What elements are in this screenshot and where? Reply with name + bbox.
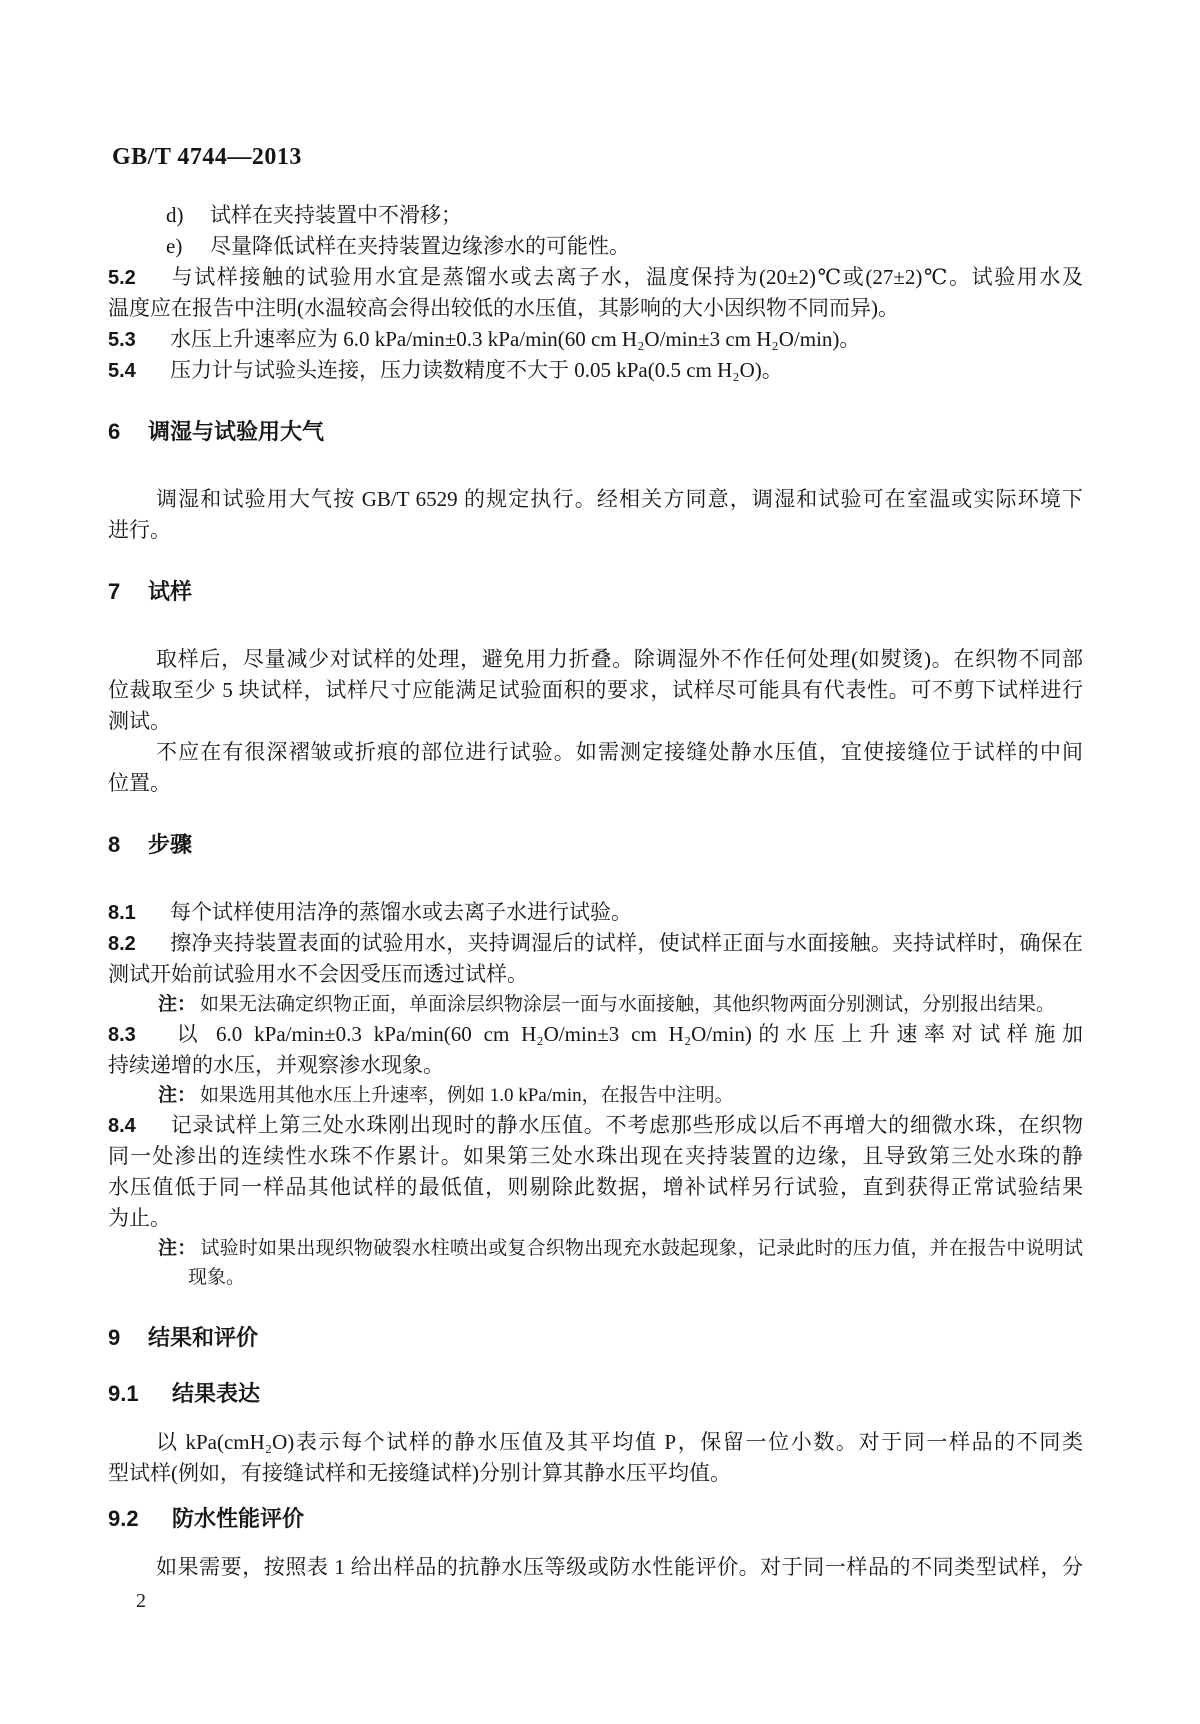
clause-8.1: 8.1每个试样使用洁净的蒸馏水或去离子水进行试验。 (108, 897, 1083, 928)
text-line: 位置。 (108, 768, 1083, 799)
text-line: 5.3水压上升速率应为 6.0 kPa/min±0.3 kPa/min(60 c… (108, 324, 1083, 355)
text-line: 测试。 (108, 706, 1083, 737)
heading-title: 试样 (148, 579, 192, 604)
text-line: 温度应在报告中注明(水温较高会得出较低的水压值，其影响的大小因织物不同而异)。 (108, 293, 1083, 324)
heading-number: 8 (108, 829, 148, 861)
text-line: 5.4压力计与试验头连接，压力读数精度不大于 0.05 kPa(0.5 cm H… (108, 355, 1083, 386)
note-label: 注： (158, 1238, 196, 1259)
text-line: 持续递增的水压，并观察渗水现象。 (108, 1050, 1083, 1081)
note: 注：试验时如果出现织物破裂水柱喷出或复合织物出现充水鼓起现象，记录此时的压力值，… (108, 1234, 1083, 1292)
clause-number: 5.3 (108, 325, 170, 355)
line-text: 记录试样上第三处水珠刚出现时的静水压值。不考虑那些形成以后不再增大的细微水珠，在… (170, 1113, 1083, 1137)
heading-title: 结果表达 (172, 1381, 260, 1406)
list-item-label: e) (166, 231, 210, 262)
text-line: 注：如果选用其他水压上升速率，例如 1.0 kPa/min，在报告中注明。 (158, 1081, 1083, 1110)
text-line: 调湿和试验用大气按 GB/T 6529 的规定执行。经相关方同意，调湿和试验可在… (108, 484, 1083, 515)
heading-title: 调湿与试验用大气 (148, 419, 324, 444)
clause-8.3: 8.3以 6.0 kPa/min±0.3 kPa/min(60 cm H₂O/m… (108, 1019, 1083, 1081)
line-text: 同一处渗出的连续性水珠不作累计。如果第三处水珠出现在夹持装置的边缘，且导致第三处… (108, 1144, 1083, 1168)
line-text: 试验时如果出现织物破裂水柱喷出或复合织物出现充水鼓起现象，记录此时的压力值，并在… (158, 1238, 1083, 1263)
clause-number: 5.2 (108, 263, 170, 293)
list-item: e)尽量降低试样在夹持装置边缘渗水的可能性。 (108, 231, 1083, 262)
heading-number: 9.2 (108, 1503, 172, 1535)
heading-title: 步骤 (148, 832, 192, 857)
text-line: 进行。 (108, 515, 1083, 546)
text-line: 注：如果无法确定织物正面，单面涂层织物涂层一面与水面接触，其他织物两面分别测试，… (158, 990, 1083, 1019)
line-text: 取样后，尽量减少对试样的处理，避免用力折叠。除调湿外不作任何处理(如熨烫)。在织… (156, 647, 1083, 671)
line-text: 温度应在报告中注明(水温较高会得出较低的水压值，其影响的大小因织物不同而异)。 (108, 296, 899, 320)
subsection-heading-9.1: 9.1结果表达 (108, 1378, 1083, 1410)
text-line: 8.3以 6.0 kPa/min±0.3 kPa/min(60 cm H₂O/m… (108, 1019, 1083, 1050)
heading-title: 结果和评价 (148, 1325, 258, 1350)
note: 注：如果选用其他水压上升速率，例如 1.0 kPa/min，在报告中注明。 (108, 1081, 1083, 1110)
text-line: 如果需要，按照表 1 给出样品的抗静水压等级或防水性能评价。对于同一样品的不同类… (108, 1552, 1083, 1583)
clause-number: 8.2 (108, 929, 170, 959)
heading-number: 9 (108, 1322, 148, 1354)
paragraph: 如果需要，按照表 1 给出样品的抗静水压等级或防水性能评价。对于同一样品的不同类… (108, 1552, 1083, 1583)
paragraph: 调湿和试验用大气按 GB/T 6529 的规定执行。经相关方同意，调湿和试验可在… (108, 484, 1083, 546)
line-text: 水压上升速率应为 6.0 kPa/min±0.3 kPa/min(60 cm H… (170, 327, 860, 351)
text-line: d)试样在夹持装置中不滑移； (166, 200, 1083, 231)
heading-number: 7 (108, 576, 148, 608)
line-text: 如果需要，按照表 1 给出样品的抗静水压等级或防水性能评价。对于同一样品的不同类… (156, 1555, 1083, 1579)
note-label: 注： (158, 1085, 196, 1106)
standard-code: GB/T 4744—2013 (112, 143, 1083, 171)
clause-8.4: 8.4记录试样上第三处水珠刚出现时的静水压值。不考虑那些形成以后不再增大的细微水… (108, 1110, 1083, 1234)
line-text: 尽量降低试样在夹持装置边缘渗水的可能性。 (210, 234, 630, 258)
clause-number: 5.4 (108, 356, 170, 386)
subsection-heading-9.2: 9.2防水性能评价 (108, 1503, 1083, 1535)
text-line: 位裁取至少 5 块试样，试样尺寸应能满足试验面积的要求，试样尽可能具有代表性。可… (108, 675, 1083, 706)
line-text: 位置。 (108, 771, 171, 795)
clause-number: 8.3 (108, 1020, 170, 1050)
line-text: 位裁取至少 5 块试样，试样尺寸应能满足试验面积的要求，试样尽可能具有代表性。可… (108, 678, 1083, 702)
text-line: 8.1每个试样使用洁净的蒸馏水或去离子水进行试验。 (108, 897, 1083, 928)
line-text: 压力计与试验头连接，压力读数精度不大于 0.05 kPa(0.5 cm H₂O)… (170, 358, 783, 382)
line-text: 测试。 (108, 709, 171, 733)
heading-number: 6 (108, 416, 148, 448)
line-text: 不应在有很深褶皱或折痕的部位进行试验。如需测定接缝处静水压值，宜使接缝位于试样的… (156, 740, 1083, 764)
text-line: 为止。 (108, 1203, 1083, 1234)
clause-number: 8.4 (108, 1111, 170, 1141)
text-line: 注：试验时如果出现织物破裂水柱喷出或复合织物出现充水鼓起现象，记录此时的压力值，… (158, 1234, 1083, 1263)
document-column: GB/T 4744—2013 d)试样在夹持装置中不滑移；e)尽量降低试样在夹持… (108, 0, 1083, 1583)
heading-number: 9.1 (108, 1378, 172, 1410)
note: 注：如果无法确定织物正面，单面涂层织物涂层一面与水面接触，其他织物两面分别测试，… (108, 990, 1083, 1019)
text-line: 现象。 (158, 1263, 1083, 1292)
scanned-page: { "page": { "header": "GB/T 4744—2013", … (0, 0, 1200, 1724)
section-heading-6: 6调湿与试验用大气 (108, 416, 1083, 448)
line-text: 擦净夹持装置表面的试验用水，夹持调湿后的试样，使试样正面与水面接触。夹持试样时，… (170, 931, 1083, 955)
text-line: 测试开始前试验用水不会因受压而透过试样。 (108, 959, 1083, 990)
line-text: 型试样(例如，有接缝试样和无接缝试样)分别计算其静水压平均值。 (108, 1461, 731, 1485)
text-line: 同一处渗出的连续性水珠不作累计。如果第三处水珠出现在夹持装置的边缘，且导致第三处… (108, 1141, 1083, 1172)
clause-8.2: 8.2擦净夹持装置表面的试验用水，夹持调湿后的试样，使试样正面与水面接触。夹持试… (108, 928, 1083, 990)
paragraph: 取样后，尽量减少对试样的处理，避免用力折叠。除调湿外不作任何处理(如熨烫)。在织… (108, 644, 1083, 737)
line-text: 以 6.0 kPa/min±0.3 kPa/min(60 cm H₂O/min±… (170, 1022, 1083, 1046)
section-heading-7: 7试样 (108, 576, 1083, 608)
line-text: 持续递增的水压，并观察渗水现象。 (108, 1053, 444, 1077)
text-line: 型试样(例如，有接缝试样和无接缝试样)分别计算其静水压平均值。 (108, 1458, 1083, 1489)
text-line: 8.4记录试样上第三处水珠刚出现时的静水压值。不考虑那些形成以后不再增大的细微水… (108, 1110, 1083, 1141)
text-line: 以 kPa(cmH₂O)表示每个试样的静水压值及其平均值 P，保留一位小数。对于… (108, 1427, 1083, 1458)
paragraph: 不应在有很深褶皱或折痕的部位进行试验。如需测定接缝处静水压值，宜使接缝位于试样的… (108, 737, 1083, 799)
line-text: 试样在夹持装置中不滑移； (210, 203, 462, 227)
page-number: 2 (136, 1589, 146, 1613)
text-line: e)尽量降低试样在夹持装置边缘渗水的可能性。 (166, 231, 1083, 262)
paragraph: 以 kPa(cmH₂O)表示每个试样的静水压值及其平均值 P，保留一位小数。对于… (108, 1427, 1083, 1489)
line-text: 每个试样使用洁净的蒸馏水或去离子水进行试验。 (170, 900, 632, 924)
heading-title: 防水性能评价 (172, 1506, 304, 1531)
line-text: 以 kPa(cmH₂O)表示每个试样的静水压值及其平均值 P，保留一位小数。对于… (156, 1430, 1083, 1454)
clause-5.2: 5.2与试样接触的试验用水宜是蒸馏水或去离子水，温度保持为(20±2)℃或(27… (108, 262, 1083, 324)
line-text: 与试样接触的试验用水宜是蒸馏水或去离子水，温度保持为(20±2)℃或(27±2)… (170, 265, 1083, 289)
line-text: 现象。 (188, 1267, 245, 1288)
text-line: 不应在有很深褶皱或折痕的部位进行试验。如需测定接缝处静水压值，宜使接缝位于试样的… (108, 737, 1083, 768)
list-item-label: d) (166, 200, 210, 231)
clause-5.3: 5.3水压上升速率应为 6.0 kPa/min±0.3 kPa/min(60 c… (108, 324, 1083, 355)
line-text: 水压值低于同一样品其他试样的最低值，则剔除此数据，增补试样另行试验，直到获得正常… (108, 1175, 1083, 1199)
text-line: 取样后，尽量减少对试样的处理，避免用力折叠。除调湿外不作任何处理(如熨烫)。在织… (108, 644, 1083, 675)
section-heading-9: 9结果和评价 (108, 1322, 1083, 1354)
clause-number: 8.1 (108, 898, 170, 928)
list-item: d)试样在夹持装置中不滑移； (108, 200, 1083, 231)
line-text: 进行。 (108, 518, 171, 542)
section-heading-8: 8步骤 (108, 829, 1083, 861)
text-line: 8.2擦净夹持装置表面的试验用水，夹持调湿后的试样，使试样正面与水面接触。夹持试… (108, 928, 1083, 959)
note-label: 注： (158, 994, 196, 1015)
line-text: 如果选用其他水压上升速率，例如 1.0 kPa/min，在报告中注明。 (200, 1085, 734, 1106)
line-text: 如果无法确定织物正面，单面涂层织物涂层一面与水面接触，其他织物两面分别测试，分别… (200, 994, 1055, 1015)
line-text: 为止。 (108, 1206, 171, 1230)
line-text: 调湿和试验用大气按 GB/T 6529 的规定执行。经相关方同意，调湿和试验可在… (156, 487, 1083, 511)
clause-5.4: 5.4压力计与试验头连接，压力读数精度不大于 0.05 kPa(0.5 cm H… (108, 355, 1083, 386)
line-text: 测试开始前试验用水不会因受压而透过试样。 (108, 962, 528, 986)
text-line: 5.2与试样接触的试验用水宜是蒸馏水或去离子水，温度保持为(20±2)℃或(27… (108, 262, 1083, 293)
text-line: 水压值低于同一样品其他试样的最低值，则剔除此数据，增补试样另行试验，直到获得正常… (108, 1172, 1083, 1203)
